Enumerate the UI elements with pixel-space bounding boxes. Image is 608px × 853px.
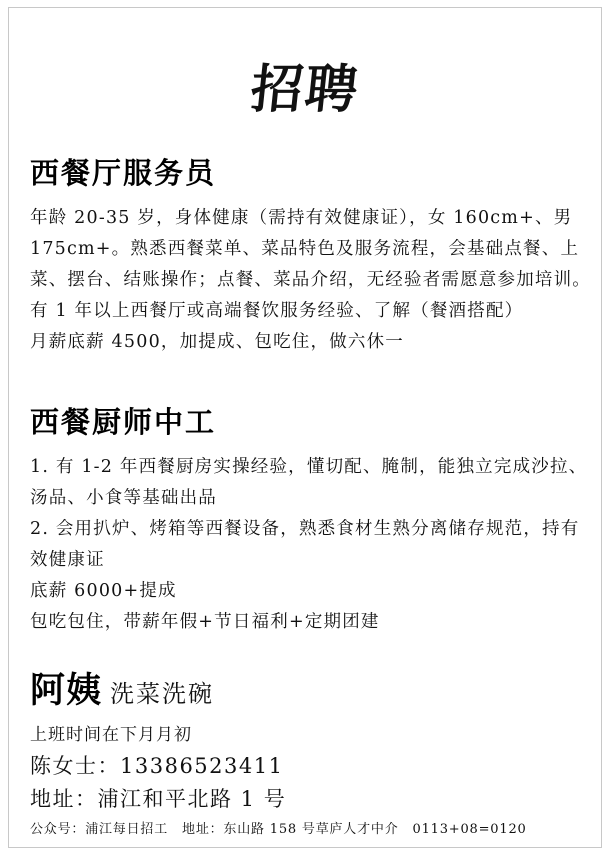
contact-block: 上班时间在下月月初 陈女士：13386523411 地址：浦江和平北路 1 号 — [30, 720, 286, 816]
contact-person-phone: 陈女士：13386523411 — [30, 750, 286, 783]
waiter-experience: 有 1 年以上西餐厅或高端餐饮服务经验、了解（餐酒搭配） — [30, 296, 596, 327]
poster-title: 招聘 — [6, 60, 604, 120]
footer-agency-address: 地址：东山路 158 号草庐人才中介 — [182, 822, 398, 837]
footer: 公众号：浦江每日招工地址：东山路 158 号草庐人才中介0113+08=0120 — [30, 820, 527, 840]
chef-benefits: 包吃包住，带薪年假+节日福利+定期团建 — [30, 607, 596, 638]
waiter-requirements: 年龄 20-35 岁，身体健康（需持有效健康证），女 160cm+、男 175c… — [30, 203, 596, 296]
footer-code: 0113+08=0120 — [413, 822, 527, 837]
chef-requirement-2: 2. 会用扒炉、烤箱等西餐设备，熟悉食材生熟分离储存规范，持有效健康证 — [30, 514, 596, 576]
waiter-salary: 月薪底薪 4500，加提成、包吃住，做六休一 — [30, 327, 596, 358]
auntie-title: 阿姨 — [30, 671, 102, 711]
start-time: 上班时间在下月月初 — [30, 720, 286, 750]
recruitment-poster: 招聘 西餐厅服务员 年龄 20-35 岁，身体健康（需持有效健康证），女 160… — [8, 7, 602, 848]
section-heading-chef: 西餐厨师中工 — [30, 404, 216, 440]
footer-wechat: 公众号：浦江每日招工 — [30, 822, 168, 837]
auntie-duty: 洗菜洗碗 — [110, 680, 214, 708]
section-body-chef: 1. 有 1-2 年西餐厨房实操经验，懂切配、腌制，能独立完成沙拉、汤品、小食等… — [30, 452, 596, 638]
section-heading-auntie: 阿姨洗菜洗碗 — [30, 663, 214, 713]
section-heading-waiter: 西餐厅服务员 — [30, 155, 216, 191]
section-body-waiter: 年龄 20-35 岁，身体健康（需持有效健康证），女 160cm+、男 175c… — [30, 203, 596, 358]
chef-salary: 底薪 6000+提成 — [30, 576, 596, 607]
chef-requirement-1: 1. 有 1-2 年西餐厨房实操经验，懂切配、腌制，能独立完成沙拉、汤品、小食等… — [30, 452, 596, 514]
contact-address: 地址：浦江和平北路 1 号 — [30, 783, 286, 816]
